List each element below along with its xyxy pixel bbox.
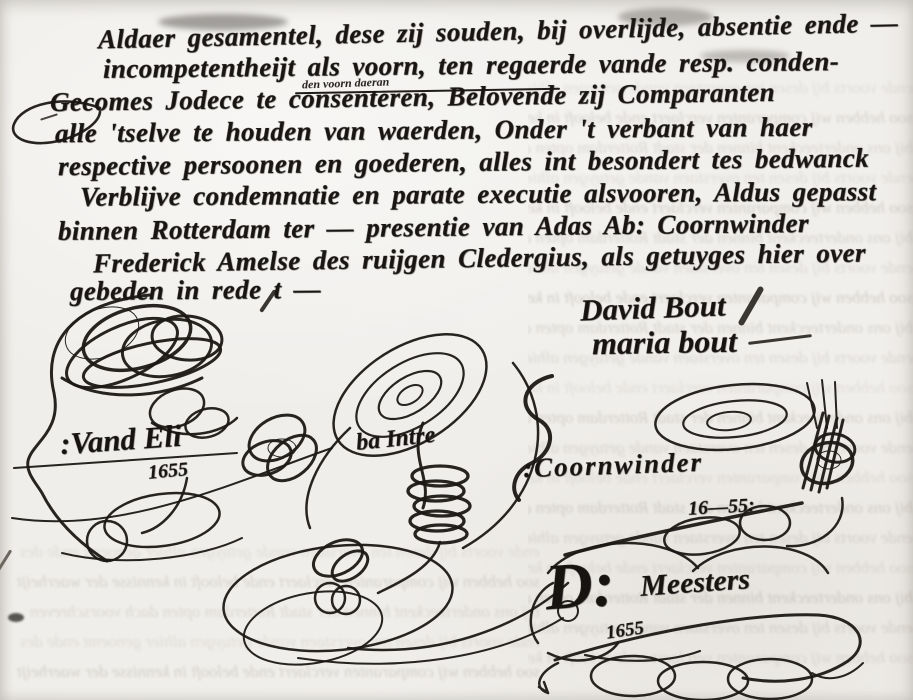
signature-coornwinder-year: 16—55: <box>687 494 755 520</box>
manuscript-line-6: Verblijve condemnatie en parate executie… <box>80 176 877 213</box>
manuscript-scan: ende voorts bij desen ten overstaen vand… <box>0 0 913 700</box>
signature-meesters-initial: D: <box>542 546 617 627</box>
signature-maria-bout: maria bout <box>592 323 738 363</box>
ink-blot <box>8 613 24 622</box>
signature-vand-eli-year: 1655 <box>147 458 189 484</box>
manuscript-line-9: gebeden in rede t — <box>70 274 321 307</box>
interlinear-note: den voorn daeran <box>302 74 390 92</box>
signature-coornwinder: :Coornwinder <box>523 447 704 484</box>
